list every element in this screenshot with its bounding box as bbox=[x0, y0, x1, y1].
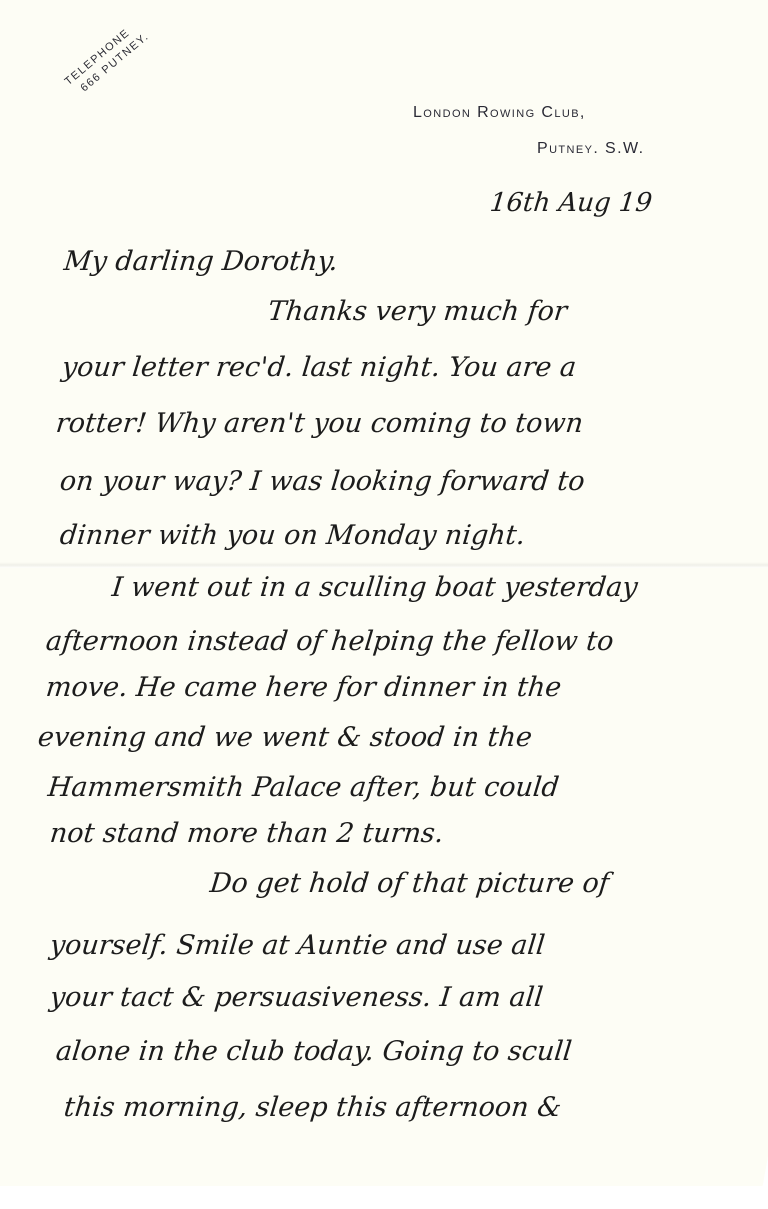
letter-line: yourself. Smile at Auntie and use all bbox=[48, 930, 546, 961]
letter-line: not stand more than 2 turns. bbox=[48, 818, 445, 849]
letter-line: Thanks very much for bbox=[266, 296, 568, 327]
letter-date: 16th Aug 19 bbox=[488, 188, 653, 218]
letter-line: your letter rec'd. last night. You are a bbox=[60, 352, 577, 383]
letter-line: alone in the club today. Going to scull bbox=[54, 1036, 573, 1067]
letter-line: dinner with you on Monday night. bbox=[58, 520, 526, 551]
letter-line: afternoon instead of helping the fellow … bbox=[44, 626, 615, 657]
letter-line: Hammersmith Palace after, but could bbox=[46, 772, 560, 803]
letter-page: TELEPHONE 666 PUTNEY. London Rowing Club… bbox=[0, 0, 768, 1186]
salutation: My darling Dorothy. bbox=[62, 246, 339, 277]
letter-line: Do get hold of that picture of bbox=[208, 868, 610, 899]
letter-line: rotter! Why aren't you coming to town bbox=[54, 408, 584, 439]
letter-line: this morning, sleep this afternoon & bbox=[62, 1092, 563, 1123]
telephone-stamp: TELEPHONE 666 PUTNEY. bbox=[62, 18, 153, 101]
letter-line: your tact & persuasiveness. I am all bbox=[48, 982, 544, 1013]
club-address: Putney. S.W. bbox=[537, 140, 644, 158]
club-name: London Rowing Club, bbox=[413, 104, 586, 122]
letter-line: I went out in a sculling boat yesterday bbox=[110, 572, 639, 603]
letter-line: on your way? I was looking forward to bbox=[58, 466, 586, 497]
letter-line: evening and we went & stood in the bbox=[36, 722, 533, 753]
letter-line: move. He came here for dinner in the bbox=[44, 672, 563, 703]
paper-fold-crease bbox=[0, 562, 768, 568]
